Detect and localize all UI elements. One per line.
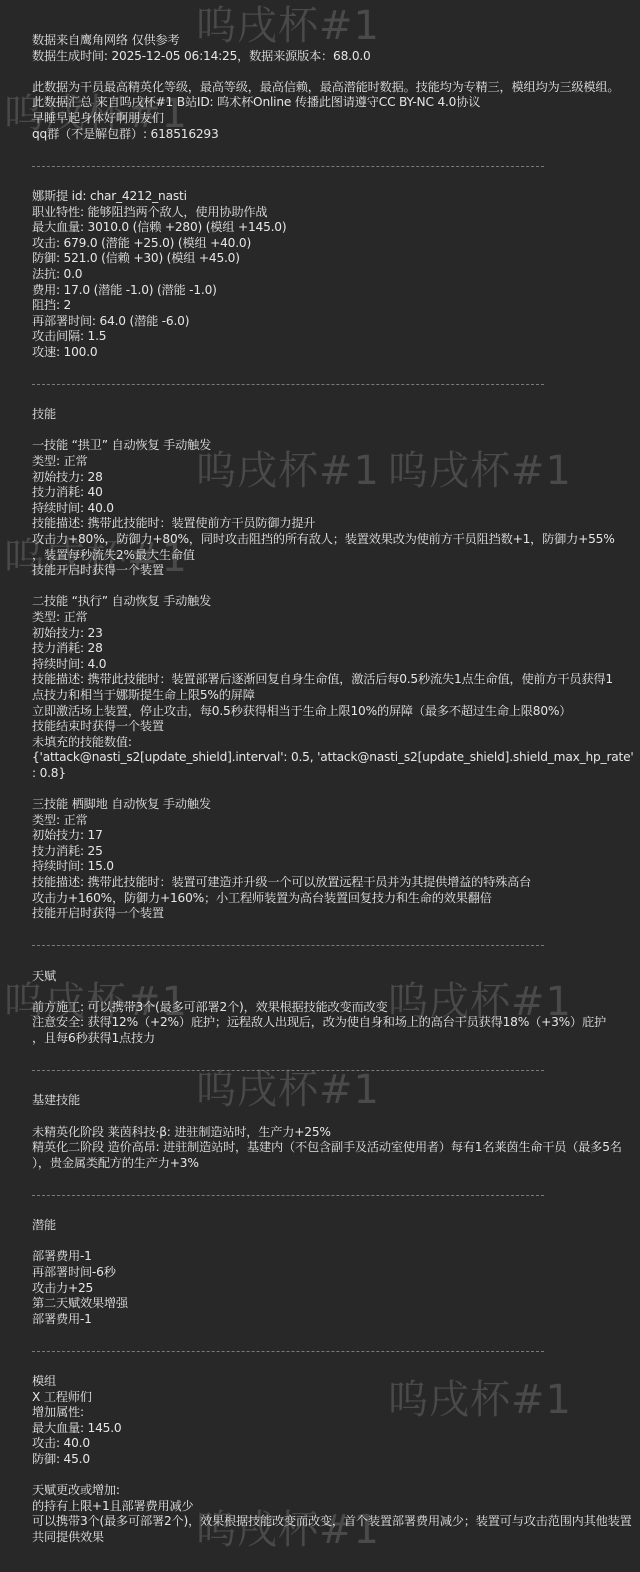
skill-init-sp: 初始技力: 23 [32, 626, 632, 642]
skill-desc: 技能开启时获得一个装置 [32, 906, 632, 922]
qq-group: qq群（不是解包群）: 618516293 [32, 127, 632, 143]
skill-3: 三技能 栖脚地 自动恢复 手动触发 类型: 正常 初始技力: 17 技力消耗: … [32, 797, 632, 922]
skill-init-sp: 初始技力: 28 [32, 470, 632, 486]
skill-desc: {'attack@nasti_s2[update_shield].interva… [32, 750, 632, 766]
potential-line: 部署费用-1 [32, 1249, 632, 1265]
document-body: 数据来自鹰角网络 仅供参考 数据生成时间: 2025-12-05 06:14:2… [32, 33, 632, 1546]
skill-sp-cost: 技力消耗: 25 [32, 844, 632, 860]
skill-desc: 未填充的技能数值: [32, 735, 632, 751]
base-skill-line: ），贵金属类配方的生产力+3% [32, 1156, 632, 1172]
operator-name-id: 娜斯提 id: char_4212_nasti [32, 189, 632, 205]
stat-redeploy: 再部署时间: 64.0 (潜能 -6.0) [32, 314, 632, 330]
base-skill-line: 未精英化阶段 莱茵科技·β: 进驻制造站时，生产力+25% [32, 1125, 632, 1141]
skill-duration: 持续时间: 4.0 [32, 657, 632, 673]
module-talent-line: 共同提供效果 [32, 1530, 632, 1546]
module-attr-title: 增加属性: [32, 1405, 632, 1421]
skill-desc: 技能描述: 携带此技能时：装置部署后逐渐回复自身生命值，激活后每0.5秒流失1点… [32, 672, 632, 688]
module-talent-title: 天赋更改或增加: [32, 1483, 632, 1499]
skill-desc: 技能描述: 携带此技能时：装置使前方干员防御力提升 [32, 516, 632, 532]
operator-trait: 职业特性: 能够阻挡两个敌人，使用协助作战 [32, 205, 632, 221]
divider [32, 1062, 632, 1078]
skill-desc: 技能描述: 携带此技能时：装置可建造并升级一个可以放置远程干员并为其提供增益的特… [32, 875, 632, 891]
module-talent-line: 可以携带3个(最多可部署2个)，效果根据技能改变而改变，首个装置部署费用减少；装… [32, 1514, 632, 1530]
license-note: 此数据汇总 来自呜戌杯#1 B站ID: 呜术杯Online 传播此图请遵守CC … [32, 95, 632, 111]
skill-desc: : 0.8} [32, 766, 632, 782]
skill-header: 三技能 栖脚地 自动恢复 手动触发 [32, 797, 632, 813]
stat-def: 防御: 521.0 (信赖 +30) (模组 +45.0) [32, 251, 632, 267]
skill-sp-cost: 技力消耗: 28 [32, 641, 632, 657]
talent-line: 注意安全: 获得12%（+2%）庇护；远程敌人出现后，改为使自身和场上的高台干员… [32, 1015, 632, 1031]
skill-desc: 技能开启时获得一个装置 [32, 563, 632, 579]
section-title-talents: 天赋 [32, 969, 632, 985]
source-note: 数据来自鹰角网络 仅供参考 [32, 33, 632, 49]
stat-aspd: 攻速: 100.0 [32, 345, 632, 361]
section-title-base-skills: 基建技能 [32, 1093, 632, 1109]
module-attr: 攻击: 40.0 [32, 1436, 632, 1452]
skill-type: 类型: 正常 [32, 454, 632, 470]
talent-line: ，且每6秒获得1点技力 [32, 1031, 632, 1047]
stat-res: 法抗: 0.0 [32, 267, 632, 283]
divider [32, 937, 632, 953]
potential-line: 第二天赋效果增强 [32, 1296, 632, 1312]
skill-desc: 攻击力+80%，防御力+80%，同时攻击阻挡的所有敌人；装置效果改为使前方干员阻… [32, 532, 632, 548]
divider [32, 376, 632, 392]
potential-line: 攻击力+25 [32, 1281, 632, 1297]
greeting-note: 早睡早起身体好啊朋友们 [32, 111, 632, 127]
divider [32, 158, 632, 174]
talent-line: 前方施工: 可以携带3个(最多可部署2个)，效果根据技能改变而改变 [32, 1000, 632, 1016]
data-note: 此数据为干员最高精英化等级，最高等级，最高信赖，最高潜能时数据。技能均为专精三，… [32, 80, 632, 96]
potential-line: 部署费用-1 [32, 1312, 632, 1328]
divider [32, 1187, 632, 1203]
generated-time: 数据生成时间: 2025-12-05 06:14:25，数据来源版本：68.0.… [32, 49, 632, 65]
base-skill-line: 精英化二阶段 造价高昂: 进驻制造站时，基建内（不包含副手及活动室使用者）每有1… [32, 1140, 632, 1156]
section-title-skills: 技能 [32, 407, 632, 423]
skill-desc: 立即激活场上装置，停止攻击，每0.5秒获得相当于生命上限10%的屏障（最多不超过… [32, 704, 632, 720]
skill-duration: 持续时间: 15.0 [32, 859, 632, 875]
skill-header: 二技能 “执行” 自动恢复 手动触发 [32, 594, 632, 610]
stat-hp: 最大血量: 3010.0 (信赖 +280) (模组 +145.0) [32, 220, 632, 236]
skill-duration: 持续时间: 40.0 [32, 501, 632, 517]
skill-2: 二技能 “执行” 自动恢复 手动触发 类型: 正常 初始技力: 23 技力消耗:… [32, 594, 632, 781]
skill-sp-cost: 技力消耗: 40 [32, 485, 632, 501]
skill-type: 类型: 正常 [32, 813, 632, 829]
section-title-potentials: 潜能 [32, 1218, 632, 1234]
stat-interval: 攻击间隔: 1.5 [32, 329, 632, 345]
skill-desc: 技能结束时获得一个装置 [32, 719, 632, 735]
module-attr: 最大血量: 145.0 [32, 1421, 632, 1437]
skill-type: 类型: 正常 [32, 610, 632, 626]
skill-desc: 攻击力+160%，防御力+160%；小工程师装置为高台装置回复技力和生命的效果翻… [32, 891, 632, 907]
divider [32, 1343, 632, 1359]
potential-line: 再部署时间-6秒 [32, 1265, 632, 1281]
skill-1: 一技能 “拱卫” 自动恢复 手动触发 类型: 正常 初始技力: 28 技力消耗:… [32, 438, 632, 578]
module-name: X 工程师们 [32, 1390, 632, 1406]
section-title-module: 模组 [32, 1374, 632, 1390]
module-talent-line: 的持有上限+1且部署费用减少 [32, 1499, 632, 1515]
skill-desc: 点技力和相当于娜斯提生命上限5%的屏障 [32, 688, 632, 704]
module-attr: 防御: 45.0 [32, 1452, 632, 1468]
stat-cost: 费用: 17.0 (潜能 -1.0) (潜能 -1.0) [32, 283, 632, 299]
skill-init-sp: 初始技力: 17 [32, 828, 632, 844]
stat-block: 阻挡: 2 [32, 298, 632, 314]
skill-header: 一技能 “拱卫” 自动恢复 手动触发 [32, 438, 632, 454]
stat-atk: 攻击: 679.0 (潜能 +25.0) (模组 +40.0) [32, 236, 632, 252]
skill-desc: ，装置每秒流失2%最大生命值 [32, 548, 632, 564]
